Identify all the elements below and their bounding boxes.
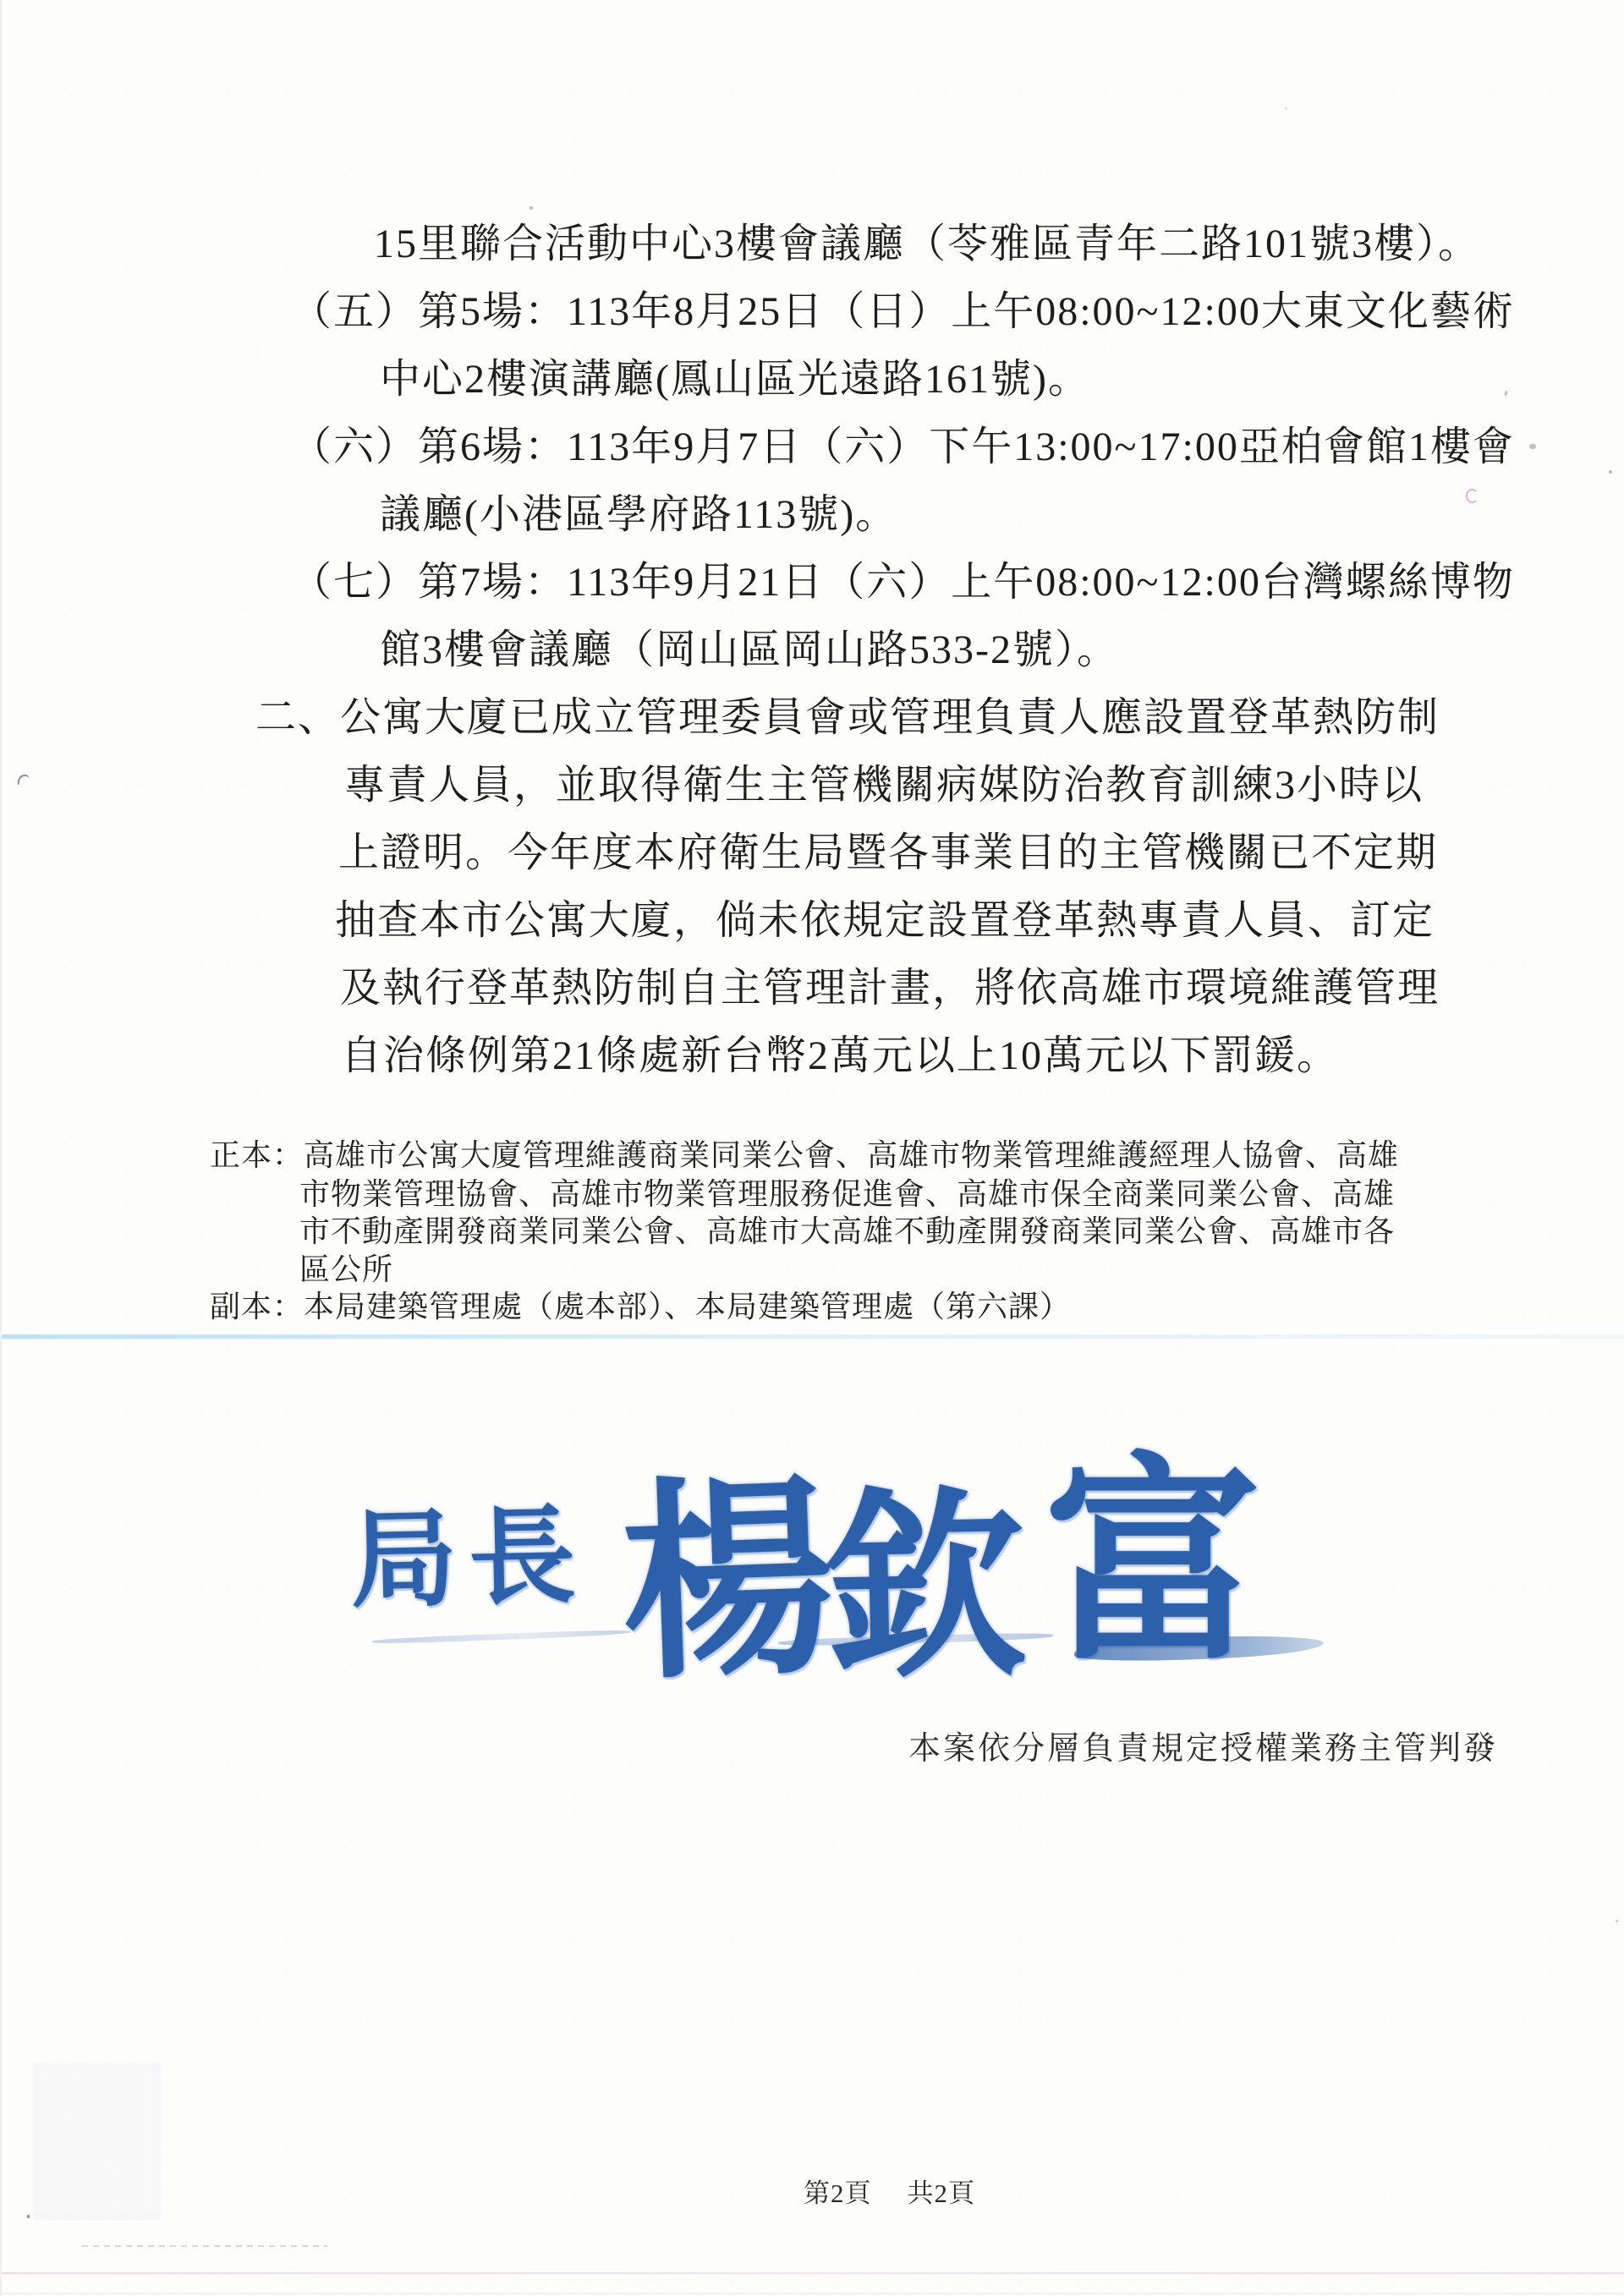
body-line: （六）第6場：113年9月7日（六）下午13:00~17:00亞柏會館1樓會 [291, 417, 1515, 478]
scan-speck [1529, 444, 1536, 449]
body-line: 專責人員，並取得衛生主管機關病媒防治教育訓練3小時以 [344, 755, 1424, 816]
body-line: （七）第7場：113年9月21日（六）上午08:00~12:00台灣螺絲博物 [291, 552, 1515, 613]
body-line: 及執行登革熱防制自主管理計畫，將依高雄市環境維護管理 [340, 958, 1440, 1019]
scan-speck [1466, 489, 1479, 503]
body-line: 中心2樓演講廳(鳳山區光遠路161號)。 [380, 349, 1090, 410]
scan-speck [1616, 1920, 1618, 1922]
recipient-line-original: 正本：高雄市公寓大廈管理維護商業同業公會、高雄市物業管理維護經理人協會、高雄 [210, 1137, 1399, 1174]
ink-smear [372, 1629, 630, 1645]
scan-edge-shadow [2, 2293, 1624, 2294]
page-footer: 第2頁共2頁 [804, 2172, 975, 2210]
scanned-official-letter-page: 15里聯合活動中心3樓會議廳（苓雅區青年二路101號3樓）。 （五）第5場：11… [0, 0, 1624, 2296]
total-pages: 共2頁 [908, 2178, 976, 2208]
scan-speck [1504, 391, 1508, 397]
scan-speck [1285, 107, 1287, 110]
scan-artifact-bleed-through [34, 2063, 161, 2220]
body-line: 議廳(小港區學府路113號)。 [380, 485, 897, 545]
body-line: 館3樓會議廳（岡山區岡山路533-2號）。 [380, 620, 1119, 681]
scan-speck [16, 774, 30, 785]
signature-name-char: 楊 [616, 1407, 839, 1721]
recipient-line-original: 市物業管理協會、高雄市物業管理服務促進會、高雄市保全商業同業公會、高雄 [299, 1175, 1395, 1213]
scan-artifact-blue-band [2, 1334, 1624, 1339]
scan-speck [1609, 470, 1612, 474]
body-line: 二、公寓大廈已成立管理委員會或管理負責人應設置登革熱防制 [255, 688, 1440, 748]
body-line: 上證明。今年度本府衛生局暨各事業目的主管機關已不定期 [338, 823, 1438, 884]
body-line: （五）第5場：113年8月25日（日）上午08:00~12:00大東文化藝術 [291, 282, 1515, 342]
recipient-line-original: 區公所 [299, 1251, 393, 1288]
body-line: 15里聯合活動中心3樓會議廳（苓雅區青年二路101號3樓）。 [374, 214, 1480, 275]
signature-title: 局長 [348, 1471, 589, 1629]
recipient-line-carbon-copy: 副本：本局建築管理處（處本部）、本局建築管理處（第六課） [210, 1288, 1071, 1325]
authorization-note: 本案依分層負責規定授權業務主管判發 [908, 1722, 1498, 1768]
scan-speck [529, 206, 533, 210]
body-line: 抽查本市公寓大廈，倘未依規定設置登革熱專責人員、訂定 [335, 890, 1435, 951]
page-number: 第2頁 [804, 2178, 872, 2208]
body-line: 自治條例第21條處新台幣2萬元以上10萬元以下罰鍰。 [341, 1026, 1339, 1087]
scan-artifact-pink-dashes [82, 2245, 327, 2247]
recipient-line-original: 市不動產開發商業同業公會、高雄市大高雄不動產開發商業同業公會、高雄市各 [299, 1213, 1395, 1250]
scan-artifact-pink-line [2, 2272, 1624, 2274]
signature-name-char: 欽 [821, 1424, 1028, 1717]
scan-speck [27, 2215, 30, 2218]
